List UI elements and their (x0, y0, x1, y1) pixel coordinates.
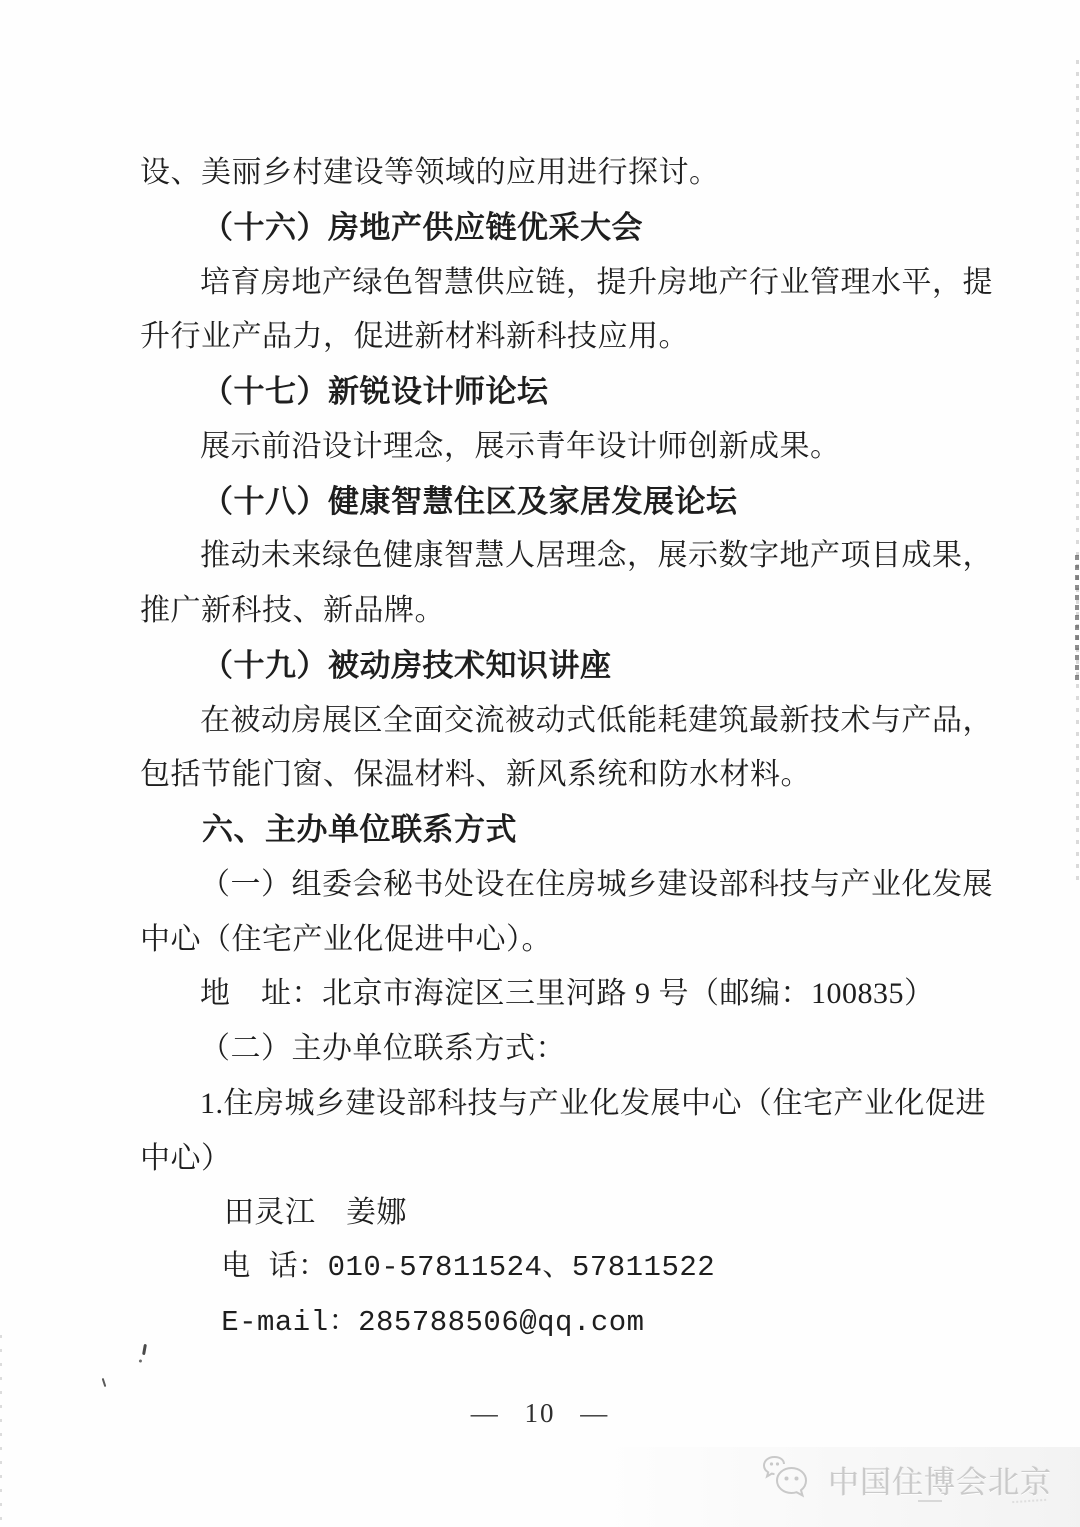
paragraph-line: 培育房地产绿色智慧供应链，提升房地产行业管理水平，提 (140, 256, 978, 311)
contact-line: 田灵江 姜娜 (140, 1186, 978, 1241)
wechat-icon (762, 1455, 818, 1503)
section-heading: 六、主办单位联系方式 (140, 803, 978, 858)
paragraph-line: 中心） (140, 1132, 978, 1187)
paragraph-line: 中心（住宅产业化促进中心）。 (140, 913, 978, 968)
paragraph-line: 在被动房展区全面交流被动式低能耗建筑最新技术与产品， (140, 694, 978, 749)
contact-line: E-mail：285788506@qq.com (140, 1296, 978, 1351)
paragraph-line: 展示前沿设计理念，展示青年设计师创新成果。 (140, 420, 978, 475)
scan-artifact (102, 1378, 107, 1387)
document-body: 设、美丽乡村建设等领域的应用进行探讨。（十六）房地产供应链优采大会培育房地产绿色… (140, 146, 978, 1351)
paragraph-line: 地 址：北京市海淀区三里河路 9 号（邮编：100835） (140, 967, 978, 1022)
paragraph-line: 设、美丽乡村建设等领域的应用进行探讨。 (140, 146, 978, 201)
subsection-heading: （十六）房地产供应链优采大会 (140, 201, 978, 256)
paragraph-line: 包括节能门窗、保温材料、新风系统和防水材料。 (140, 748, 978, 803)
paragraph-line: （二）主办单位联系方式： (140, 1022, 978, 1077)
paragraph-line: 推动未来绿色健康智慧人居理念，展示数字地产项目成果， (140, 529, 978, 584)
scan-artifact (0, 1335, 2, 1525)
scan-artifact (918, 1500, 942, 1502)
paragraph-line: 升行业产品力，促进新材料新科技应用。 (140, 310, 978, 365)
watermark: 中国住博会北京 (762, 1455, 1052, 1503)
paragraph-line: （一）组委会秘书处设在住房城乡建设部科技与产业化发展 (140, 858, 978, 913)
subsection-heading: （十九）被动房技术知识讲座 (140, 639, 978, 694)
paragraph-line: 推广新科技、新品牌。 (140, 584, 978, 639)
scan-artifact (1076, 60, 1079, 880)
scan-artifact (1075, 555, 1079, 685)
page-number: — 10 — (0, 1398, 1080, 1429)
subsection-heading: （十八）健康智慧住区及家居发展论坛 (140, 475, 978, 530)
subsection-heading: （十七）新锐设计师论坛 (140, 365, 978, 420)
paragraph-line: 1.住房城乡建设部科技与产业化发展中心（住宅产业化促进 (140, 1077, 978, 1132)
document-page: 设、美丽乡村建设等领域的应用进行探讨。（十六）房地产供应链优采大会培育房地产绿色… (0, 0, 1080, 1527)
contact-line: 电 话：010-57811524、57811522 (140, 1241, 978, 1296)
